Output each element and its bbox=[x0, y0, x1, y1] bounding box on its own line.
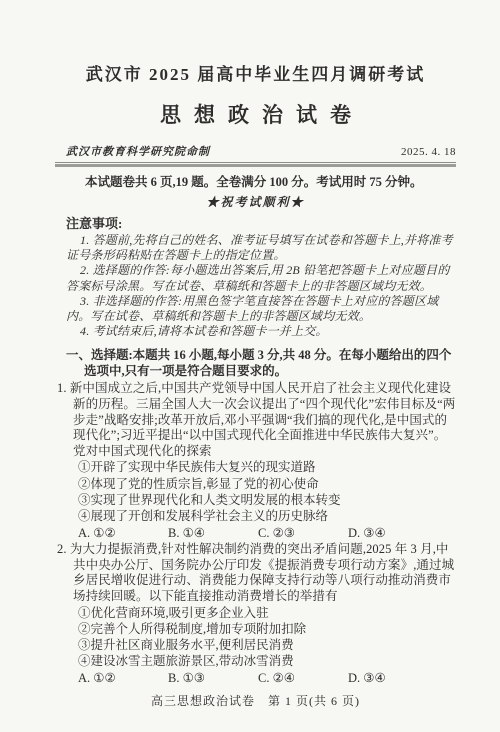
section-heading: 一、选择题:本题共 16 小题,每小题 3 分,共 48 分。在每小题给出的四个… bbox=[66, 347, 456, 379]
question-2-option-1: ①优化营商环境,吸引更多企业入驻 bbox=[78, 605, 456, 621]
exam-paper-page: 武汉市 2025 届高中毕业生四月调研考试 思想政治试卷 武汉市教育科学研究院命… bbox=[0, 0, 500, 732]
question-1-choices-row: A. ①② B. ①④ C. ②③ D. ③④ bbox=[78, 525, 456, 541]
question-2-choice-c: C. ②④ bbox=[258, 670, 348, 686]
question-2-option-4: ④建设冰雪主题旅游景区,带动冰雪消费 bbox=[78, 653, 456, 669]
header-meta-row: 武汉市教育科学研究院命制 2025. 4. 18 bbox=[55, 145, 456, 159]
question-1-option-3: ③实现了世界现代化和人类文明发展的根本转变 bbox=[78, 492, 456, 508]
question-1: 1. 新中国成立之后,中国共产党领导中国人民开启了社会主义现代化建设新的历程。三… bbox=[55, 381, 456, 541]
notice-section: 注意事项: 1. 答题前,先将自己的姓名、准考证号填写在试卷和答题卡上,并将准考… bbox=[55, 215, 456, 339]
notice-heading: 注意事项: bbox=[66, 215, 456, 232]
question-2-choice-d: D. ③④ bbox=[348, 670, 438, 686]
question-2-choice-a: A. ①② bbox=[78, 670, 168, 686]
question-1-stem: 1. 新中国成立之后,中国共产党领导中国人民开启了社会主义现代化建设新的历程。三… bbox=[57, 381, 456, 459]
question-1-choice-a: A. ①② bbox=[78, 525, 168, 541]
subject-title: 思想政治试卷 bbox=[55, 103, 456, 127]
question-2-number: 2. bbox=[57, 542, 67, 556]
exam-title: 武汉市 2025 届高中毕业生四月调研考试 bbox=[55, 64, 456, 86]
question-1-choice-b: B. ①④ bbox=[168, 525, 258, 541]
question-2-choice-b: B. ①③ bbox=[168, 670, 258, 686]
question-2-stem: 2. 为大力提振消费,针对性解决制约消费的突出矛盾问题,2025 年 3 月,中… bbox=[57, 542, 456, 604]
question-2-text: 为大力提振消费,针对性解决制约消费的突出矛盾问题,2025 年 3 月,中共中央… bbox=[70, 542, 454, 603]
question-1-option-1: ①开辟了实现中华民族伟大复兴的现实道路 bbox=[78, 459, 456, 475]
page-footer: 高三思想政治试卷 第 1 页(共 6 页) bbox=[55, 693, 456, 709]
issuer-line: 武汉市教育科学研究院命制 bbox=[66, 145, 210, 159]
question-1-option-4: ④展现了开创和发展科学社会主义的历史脉络 bbox=[78, 508, 456, 524]
notice-item-1: 1. 答题前,先将自己的姓名、准考证号填写在试卷和答题卡上,并将准考证号条形码粘… bbox=[66, 233, 456, 263]
question-2-option-2: ②完善个人所得税制度,增加专项附加扣除 bbox=[78, 621, 456, 637]
header-divider bbox=[55, 162, 456, 167]
notice-item-2: 2. 选择题的作答:每小题选出答案后,用 2B 铅笔把答题卡上对应题目的答案标号… bbox=[66, 263, 456, 293]
question-1-option-2: ②体现了党的性质宗旨,彰显了党的初心使命 bbox=[78, 476, 456, 492]
notice-item-4: 4. 考试结束后,请将本试卷和答题卡一并上交。 bbox=[66, 324, 456, 339]
exam-date: 2025. 4. 18 bbox=[401, 145, 456, 159]
question-1-choice-c: C. ②③ bbox=[258, 525, 348, 541]
question-2-choices-row: A. ①② B. ①③ C. ②④ D. ③④ bbox=[78, 670, 456, 686]
question-1-choice-d: D. ③④ bbox=[348, 525, 438, 541]
paper-info-line: 本试题卷共 6 页,19 题。全卷满分 100 分。考试用时 75 分钟。 bbox=[85, 174, 456, 191]
question-1-number: 1. bbox=[57, 381, 67, 395]
question-2-option-3: ③提升社区商业服务水平,便利居民消费 bbox=[78, 637, 456, 653]
good-luck-line: ★祝考试顺利★ bbox=[55, 195, 456, 210]
notice-item-3: 3. 非选择题的作答:用黑色签字笔直接答在答题卡上对应的答题区域内。写在试卷、草… bbox=[66, 294, 456, 324]
question-2: 2. 为大力提振消费,针对性解决制约消费的突出矛盾问题,2025 年 3 月,中… bbox=[55, 542, 456, 686]
question-1-text: 新中国成立之后,中国共产党领导中国人民开启了社会主义现代化建设新的历程。三届全国… bbox=[70, 381, 456, 457]
